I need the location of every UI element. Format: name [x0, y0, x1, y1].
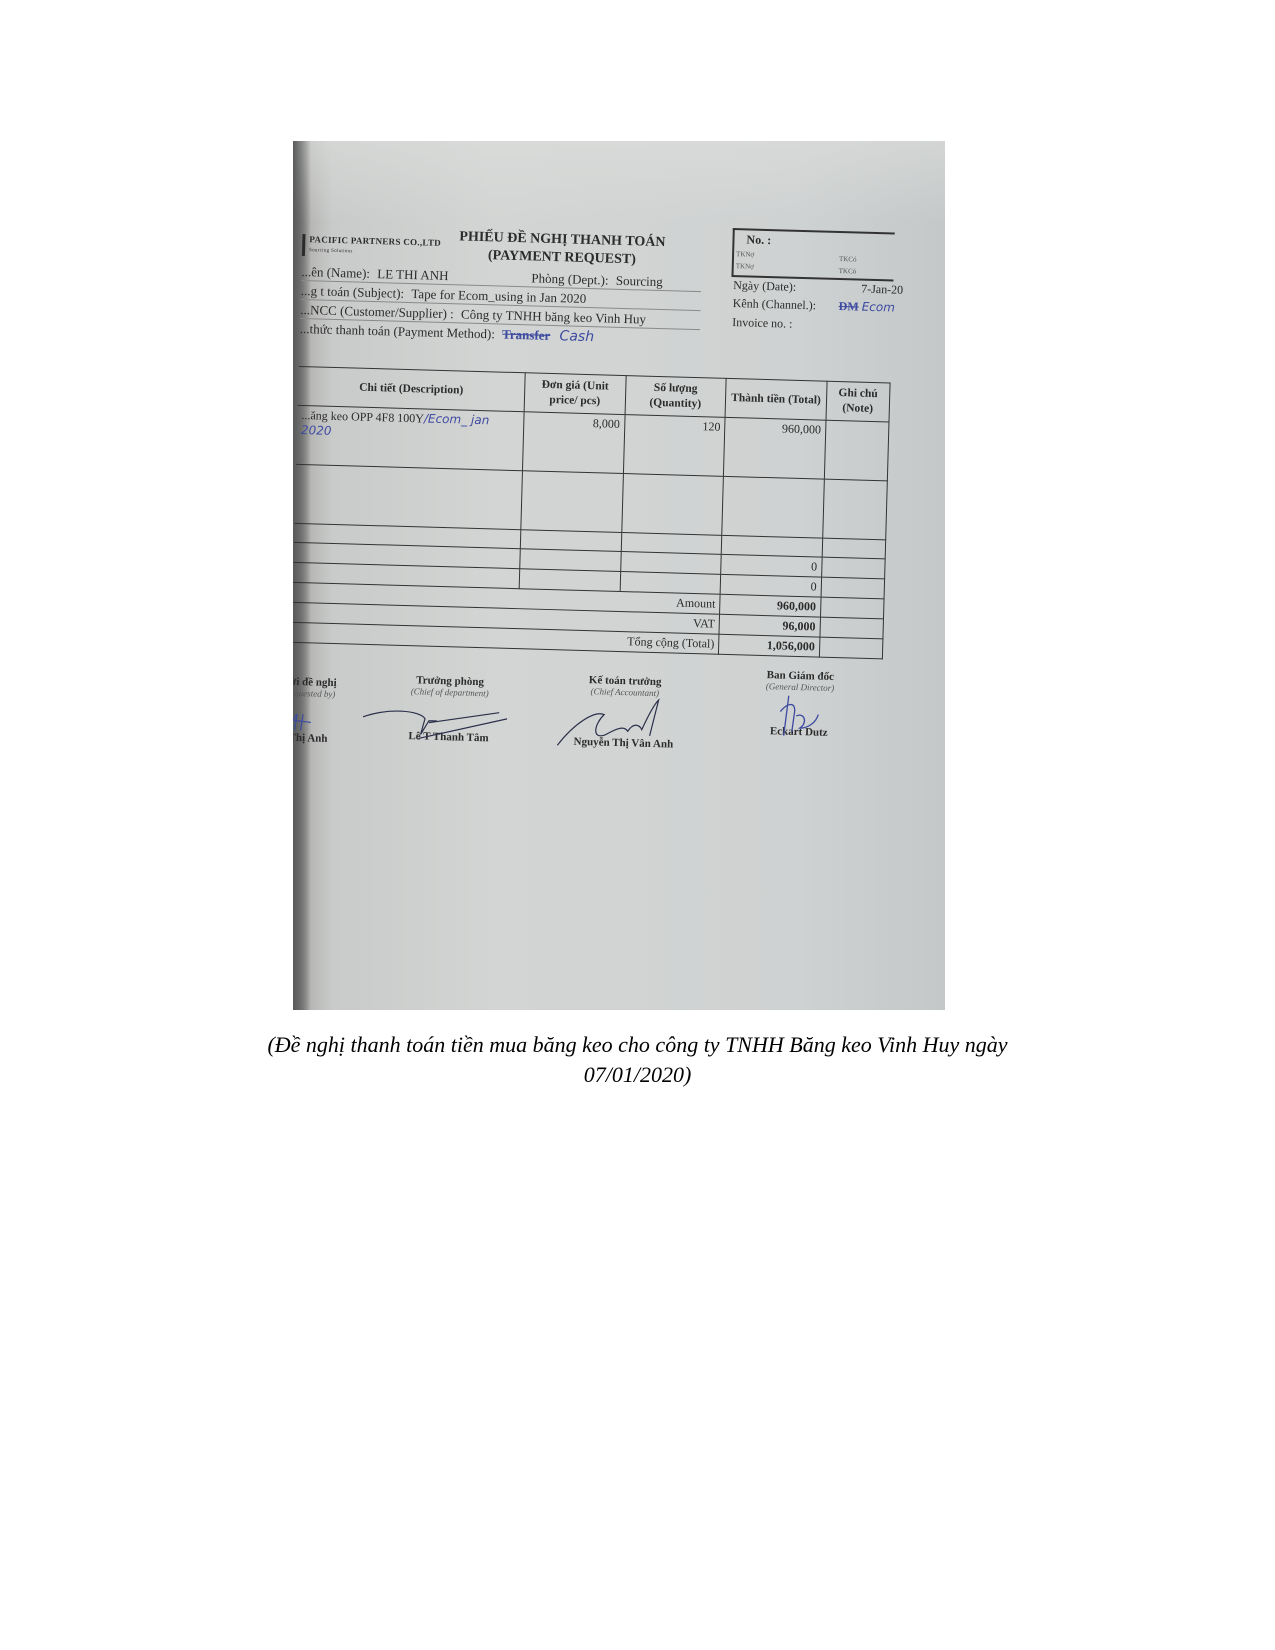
- signature-name: ...Thị Anh: [293, 732, 341, 746]
- channel-label: Kênh (Channel.):: [733, 296, 817, 312]
- handwritten-signature-icon: [774, 691, 825, 738]
- row-total: 0: [721, 554, 822, 577]
- signature-chief-of-department: Trưởng phòng (Chief of department) Lê T …: [368, 673, 530, 745]
- channel-field: Kênh (Channel.): DM Ecom: [733, 296, 817, 313]
- channel-struck: DM: [839, 299, 859, 314]
- debit-account-2: TKNợ: [736, 262, 754, 271]
- row-unit-price: [521, 471, 623, 533]
- grand-total-value: 1,056,000: [719, 634, 820, 657]
- row-unit-price: [519, 569, 620, 592]
- row-description: [294, 464, 522, 529]
- row-quantity: [621, 474, 723, 536]
- channel-handwritten: Ecom: [861, 300, 895, 315]
- header-quantity: Số lượng (Quantity): [625, 376, 727, 418]
- logo-tagline: Sourcing Solutions: [309, 245, 441, 260]
- row-note: [821, 557, 885, 579]
- figure-caption: (Đề nghị thanh toán tiền mua băng keo ch…: [150, 1030, 1125, 1090]
- vat-value: 96,000: [719, 614, 820, 637]
- no-label: No. :: [746, 232, 771, 248]
- payment-method-struck: Transfer: [502, 327, 551, 343]
- payment-request-photo: PACIFIC PARTNERS CO.,LTD Sourcing Soluti…: [293, 141, 945, 1010]
- header-description: Chi tiết (Description): [298, 366, 526, 411]
- amount-value: 960,000: [720, 594, 821, 617]
- row-total: 0: [720, 574, 821, 597]
- name-label: ...ên (Name):: [301, 264, 370, 281]
- credit-account-1: TKCó: [839, 255, 857, 263]
- invoice-field: Invoice no. :: [732, 315, 793, 332]
- row-note: [822, 538, 886, 559]
- date-value: 7-Jan-20: [861, 282, 903, 298]
- row-quantity: [620, 571, 721, 594]
- signature-chief-accountant: Kế toán trưởng (Chief Accountant) Nguyễn…: [553, 673, 695, 751]
- invoice-label: Invoice no. :: [732, 315, 793, 331]
- signature-general-director: Ban Giám đốc (General Director) Eckart D…: [744, 669, 856, 740]
- payment-request-form: PACIFIC PARTNERS CO.,LTD Sourcing Soluti…: [293, 216, 923, 953]
- caption-line-2: 07/01/2020): [150, 1060, 1125, 1090]
- credit-account-2: TKCó: [839, 267, 857, 275]
- dept-value: Sourcing: [616, 273, 663, 289]
- row-quantity: [620, 552, 721, 575]
- handwritten-signature-icon: [553, 693, 675, 752]
- debit-account-1: TKNợ: [736, 250, 754, 259]
- row-unit-price: [520, 549, 621, 572]
- row-total: 960,000: [724, 417, 826, 479]
- date-field: Ngày (Date): 7-Jan-20: [733, 278, 796, 295]
- payment-method-handwritten: Cash: [559, 328, 594, 345]
- line-items-table: Chi tiết (Description) Đơn giá (Unit pri…: [293, 366, 891, 659]
- header-unit-price: Đơn giá (Unit price/ pcs): [524, 373, 626, 415]
- row-note: [821, 577, 885, 599]
- signature-requester: ...ời đề nghị (Requested by) ...Thị Anh: [293, 676, 342, 746]
- vat-note: [820, 617, 884, 639]
- dept-label: Phòng (Dept.):: [531, 270, 609, 287]
- payment-method-label: ...thức thanh toán (Payment Method):: [300, 321, 495, 341]
- form-title: PHIẾU ĐỀ NGHỊ THANH TOÁN (PAYMENT REQUES…: [442, 228, 683, 271]
- caption-line-1: (Đề nghị thanh toán tiền mua băng keo ch…: [150, 1030, 1125, 1060]
- row-unit-price: 8,000: [523, 412, 625, 474]
- row-note: [822, 479, 887, 540]
- handwritten-signature-icon: [358, 703, 509, 743]
- handwritten-signature-icon: [293, 710, 315, 733]
- row-note: [824, 420, 889, 481]
- grand-total-note: [819, 637, 883, 659]
- row-total: [722, 476, 824, 538]
- name-value: LE THI ANH: [377, 266, 449, 283]
- subject-label: ...g t toán (Subject):: [301, 283, 405, 301]
- photo-highlight: [293, 141, 945, 221]
- row-quantity: 120: [623, 415, 725, 477]
- signature-subtitle: (Requested by): [293, 688, 342, 700]
- header-total: Thành tiền (Total): [725, 378, 827, 420]
- accounting-number-box: No. : TKNợ TKCó TKNợ TKCó: [731, 228, 894, 282]
- amount-note: [820, 597, 884, 619]
- company-logo: PACIFIC PARTNERS CO.,LTD Sourcing Soluti…: [302, 234, 441, 260]
- header-note: Ghi chú (Note): [826, 381, 890, 422]
- date-label: Ngày (Date):: [733, 278, 796, 294]
